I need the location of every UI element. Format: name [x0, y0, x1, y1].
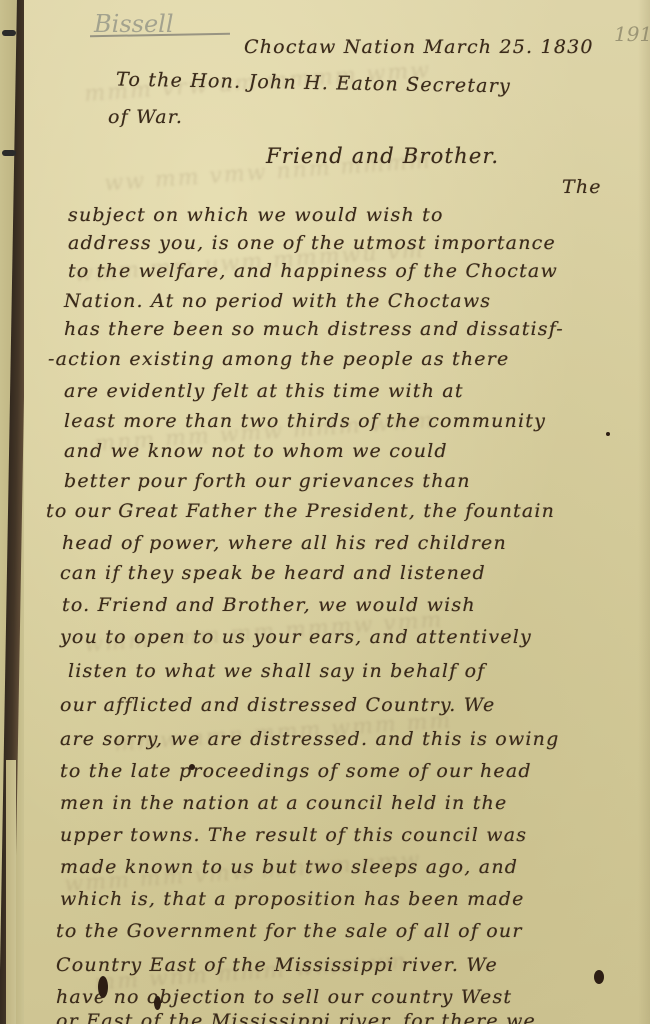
binding-thread [2, 30, 16, 36]
page-edge-shadow [638, 0, 650, 1024]
body-line: and we know not to whom we could [64, 440, 448, 462]
body-line: which is, that a proposition has been ma… [60, 888, 525, 910]
body-line: subject on which we would wish to [68, 204, 444, 226]
body-line: made known to us but two sleeps ago, and [60, 856, 518, 878]
binding-thread [2, 150, 16, 156]
body-line: Nation. At no period with the Choctaws [64, 290, 491, 312]
ink-blot [154, 996, 161, 1010]
body-line: have no objection to sell our country We… [56, 986, 512, 1008]
body-line: upper towns. The result of this council … [60, 824, 527, 846]
body-line: are sorry, we are distressed. and this i… [60, 728, 559, 750]
ink-blot [189, 764, 195, 770]
ink-blot [594, 970, 604, 984]
body-line: listen to what we shall say in behalf of [68, 660, 486, 682]
ink-blot [606, 432, 610, 436]
body-line: are evidently felt at this time with at [64, 380, 464, 402]
body-line: our afflicted and distressed Country. We [60, 694, 495, 716]
ink-blot [98, 976, 108, 998]
body-line: can if they speak be heard and listened [60, 562, 486, 584]
body-line: least more than two thirds of the commun… [64, 410, 546, 432]
body-line: you to open to us your ears, and attenti… [60, 626, 532, 648]
body-line: to. Friend and Brother, we would wish [62, 594, 476, 616]
body-line: or East of the Mississippi river. for th… [56, 1010, 536, 1024]
body-line: head of power, where all his red childre… [62, 532, 507, 554]
folio-number: 191 [614, 22, 650, 46]
body-line: has there been so much distress and diss… [64, 318, 564, 340]
body-line: Country East of the Mississippi river. W… [56, 954, 498, 976]
manuscript-page: mmm vrw um mmmm wmw ww mm vmw nnm mmmm w… [24, 0, 650, 1024]
place-date: Choctaw Nation March 25. 1830 [244, 36, 594, 58]
body-line: to our Great Father the President, the f… [46, 500, 555, 522]
body-line: to the Government for the sale of all of… [56, 920, 523, 942]
addressee-line-2: of War. [108, 106, 183, 128]
body-line: to the welfare, and happiness of the Cho… [68, 260, 558, 282]
body-line: better pour forth our grievances than [64, 470, 471, 492]
binding-gap [6, 760, 16, 1024]
body-line: to the late proceedings of some of our h… [60, 760, 532, 782]
body-line: address you, is one of the utmost import… [68, 232, 556, 254]
salutation: Friend and Brother. [266, 144, 499, 168]
body-line: -action existing among the people as the… [48, 348, 509, 370]
body-line: men in the nation at a council held in t… [60, 792, 507, 814]
body-line: The [562, 176, 602, 198]
